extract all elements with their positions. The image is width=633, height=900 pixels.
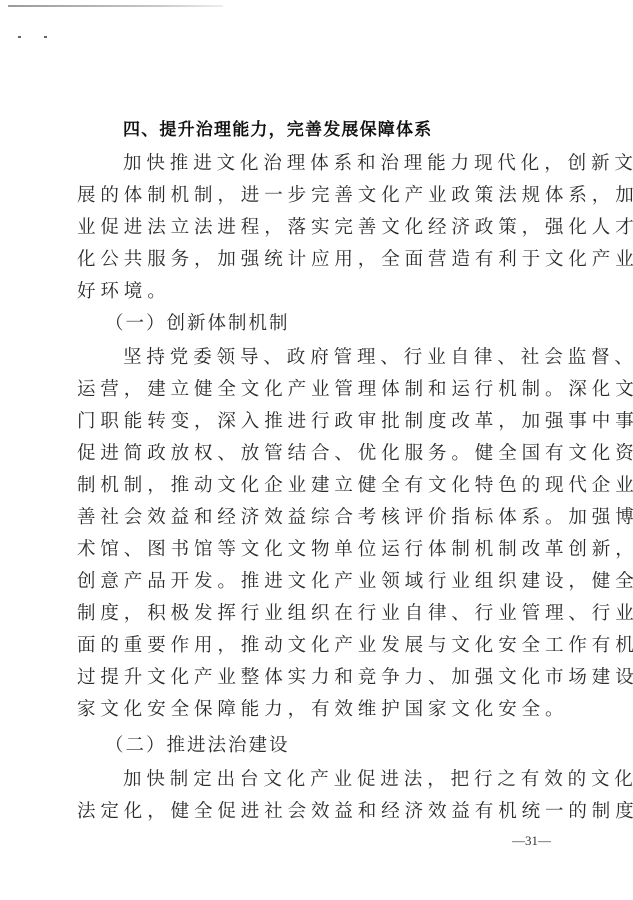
paragraph-line: 善社会效益和经济效益综合考核评价指标体系。加强博物馆、美 [77, 506, 633, 530]
paragraph-line: 制度，积极发挥行业组织在行业自律、行业管理、行业交流等方 [77, 602, 633, 626]
paragraph-line: 家文化安全保障能力，有效维护国家文化安全。 [77, 698, 568, 722]
paragraph-line: 面的重要作用，推动文化产业发展与文化安全工作有机结合，通 [77, 634, 633, 658]
paragraph-line: 法定化，健全促进社会效益和经济效益有机统一的制度规范，推 [77, 800, 633, 824]
paragraph-line: 坚持党委领导、政府管理、行业自律、社会监督、企业依法 [123, 346, 633, 370]
scan-mark [44, 36, 47, 38]
paragraph-line: 制机制，推动文化企业建立健全有文化特色的现代企业制度，完 [77, 474, 633, 498]
subsection-heading: （一）创新体制机制 [105, 312, 290, 336]
paragraph-line: 好环境。 [77, 280, 171, 304]
paragraph-line: 门职能转变，深入推进行政审批制度改革，加强事中事后监管， [77, 410, 633, 434]
paragraph-line: 运营，建立健全文化产业管理体制和运行机制。深化文化行政部 [77, 378, 633, 402]
paragraph-line: 加快推进文化治理体系和治理能力现代化，创新文化产业发 [123, 152, 633, 176]
page-number: —31— [512, 833, 551, 849]
section-heading: 四、提升治理能力，完善发展保障体系 [123, 118, 432, 142]
paragraph-line: 术馆、图书馆等文化文物单位运行体制机制改革创新，推进文化 [77, 538, 633, 562]
paragraph-line: 促进简政放权、放管结合、优化服务。健全国有文化资产管理体 [77, 442, 633, 466]
scan-edge-line [8, 5, 223, 7]
paragraph-line: 过提升文化产业整体实力和竞争力、加强文化市场建设，提升国 [77, 666, 633, 690]
paragraph-line: 加快制定出台文化产业促进法，把行之有效的文化经济政策 [123, 768, 633, 792]
paragraph-line: 展的体制机制，进一步完善文化产业政策法规体系，加快文化产 [77, 184, 633, 208]
paragraph-line: 化公共服务，加强统计应用，全面营造有利于文化产业发展的良 [77, 248, 633, 272]
subsection-heading: （二）推进法治建设 [105, 734, 290, 758]
scan-mark [18, 36, 21, 38]
paragraph-line: 创意产品开发。推进文化产业领域行业组织建设，健全内部管理 [77, 570, 633, 594]
paragraph-line: 业促进法立法进程，落实完善文化经济政策，强化人才支撑，优 [77, 216, 633, 240]
